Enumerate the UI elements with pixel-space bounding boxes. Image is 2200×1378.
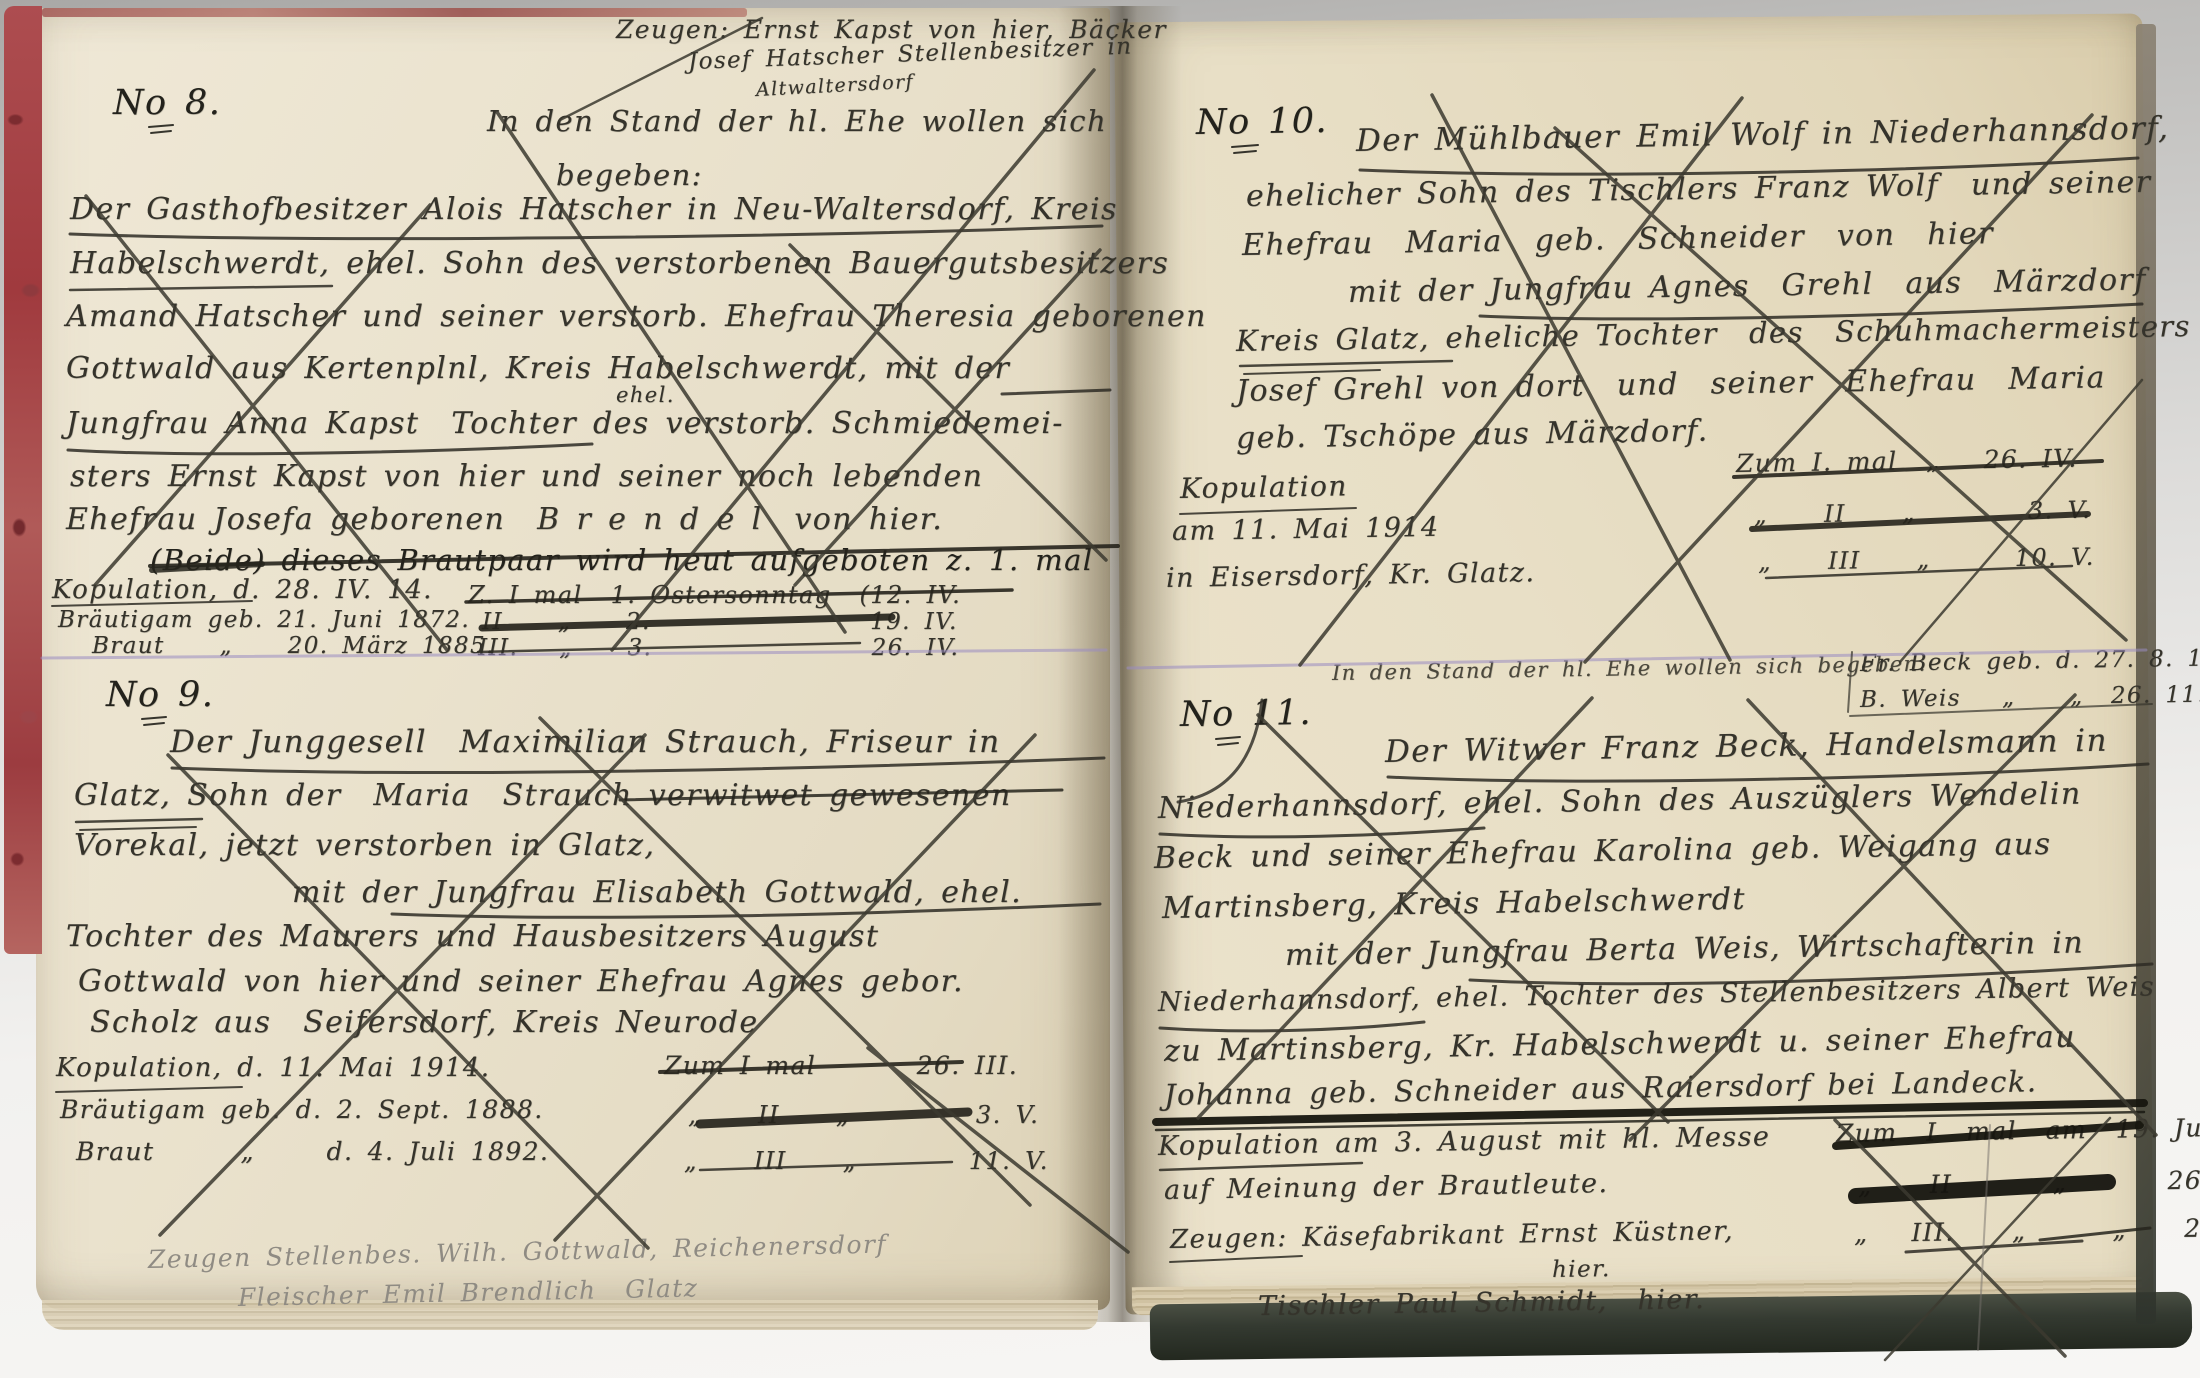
entry11-number: No 11. <box>1180 694 1312 735</box>
entry8-insert-ehel: ehel. <box>616 384 675 407</box>
entry8-intro-line: begeben: <box>556 160 703 192</box>
entry9-banns-line: Zum I mal 26. III. <box>664 1052 1018 1080</box>
entry9-banns-line: „ III „ 11. V. <box>684 1148 1049 1174</box>
entry9-kopulation-line: Braut „ d. 4. Juli 1892. <box>76 1138 549 1166</box>
entry8-body-line: sters Ernst Kapst von hier und seiner no… <box>70 460 983 493</box>
entry9-body-line: Vorekal, jetzt verstorben in Glatz, <box>74 829 655 862</box>
entry8-kopulation-line: Bräutigam geb. 21. Juni 1872. <box>58 608 470 633</box>
register-book-photo: Zeugen: Ernst Kapst von hier, Bäcker Jos… <box>0 0 2200 1378</box>
entry8-body-line: Amand Hatscher und seiner verstorb. Ehef… <box>66 300 1207 333</box>
entry11-witness-line: hier. <box>1552 1257 1611 1283</box>
entry11-banns-line: „ II „ 26. <box>1858 1166 2200 1199</box>
entry8-body-line: Gottwald aus Kertenplnl, Kreis Habelschw… <box>66 352 1010 385</box>
entry8-kopulation-line: Kopulation, d. 28. IV. 14. <box>52 576 433 605</box>
entry9-body-line: Der Junggesell Maximilian Strauch, Frise… <box>170 725 1001 759</box>
entry11-date-note: Fr. Beck geb. d. 27. 8. 1884. <box>1860 646 2200 678</box>
entry10-number: No 10. <box>1196 102 1328 143</box>
entry10-kopulation-line: am 11. Mai 1914 <box>1172 513 1440 547</box>
entry9-body-line: Tochter des Maurers und Hausbesitzers Au… <box>66 920 879 953</box>
entry8-intro-line: In den Stand der hl. Ehe wollen sich <box>487 106 1107 138</box>
entry10-banns-line: „ III „ 10. V. <box>1758 544 2095 576</box>
entry9-banns-line: „ II „ 3. V. <box>688 1102 1039 1128</box>
entry8-body-line: Jungfrau Anna Kapst Tochter des verstorb… <box>66 407 1064 440</box>
entry9-body-line: Scholz aus Seifersdorf, Kreis Neurode <box>90 1006 758 1039</box>
entry9-body-line: Glatz, Sohn der Maria Strauch verwitwet … <box>74 779 1012 812</box>
entry8-banns-line: Z. I mal 1. Ostersonntag (12. IV. <box>468 582 961 608</box>
entry8-body-line: Habelschwerdt, ehel. Sohn des verstorben… <box>70 247 1169 280</box>
entry8-crossed-line: (Beide) dieses Brautpaar wird heut aufge… <box>150 545 1093 577</box>
entry11-banns-line: Zum I mal am 19. Juli 1914 <box>1836 1113 2200 1148</box>
entry10-kopulation-line: in Eisersdorf, Kr. Glatz. <box>1166 558 1536 593</box>
red-marbled-book-edge <box>4 6 42 954</box>
entry9-kopulation-line: Kopulation, d. 11. Mai 1914. <box>56 1054 490 1083</box>
entry10-banns-line: „ II „ 3. V. <box>1754 497 2092 529</box>
entry9-body-line: Gottwald von hier und seiner Ehefrau Agn… <box>78 965 964 998</box>
entry10-body-line: geb. Tschöpe aus Märzdorf. <box>1236 415 1709 455</box>
entry8-banns-line: II „ 2. 19. IV. <box>482 610 958 635</box>
entry10-banns-line: Zum I. mal „ 26. IV. <box>1736 445 2078 478</box>
entry8-number: No 8. <box>113 84 221 123</box>
entry8-body-line: Der Gasthofbesitzer Alois Hatscher in Ne… <box>70 193 1118 226</box>
entry9-body-line: mit der Jungfrau Elisabeth Gottwald, ehe… <box>292 876 1022 909</box>
entry9-kopulation-line: Bräutigam geb. d. 2. Sept. 1888. <box>60 1096 544 1124</box>
entry10-kopulation-line: Kopulation <box>1180 471 1348 504</box>
entry8-kopulation-line: Braut „ 20. März 1885. <box>92 634 495 659</box>
entry9-number: No 9. <box>106 676 214 715</box>
entry8-body-line: Ehefrau Josefa geborenen B r e n d e l v… <box>66 503 943 536</box>
entry11-date-note: B. Weis „ „ 26. 11. 1892. <box>1860 681 2200 713</box>
entry8-banns-line: III. „ 3. 26. IV. <box>478 636 959 661</box>
